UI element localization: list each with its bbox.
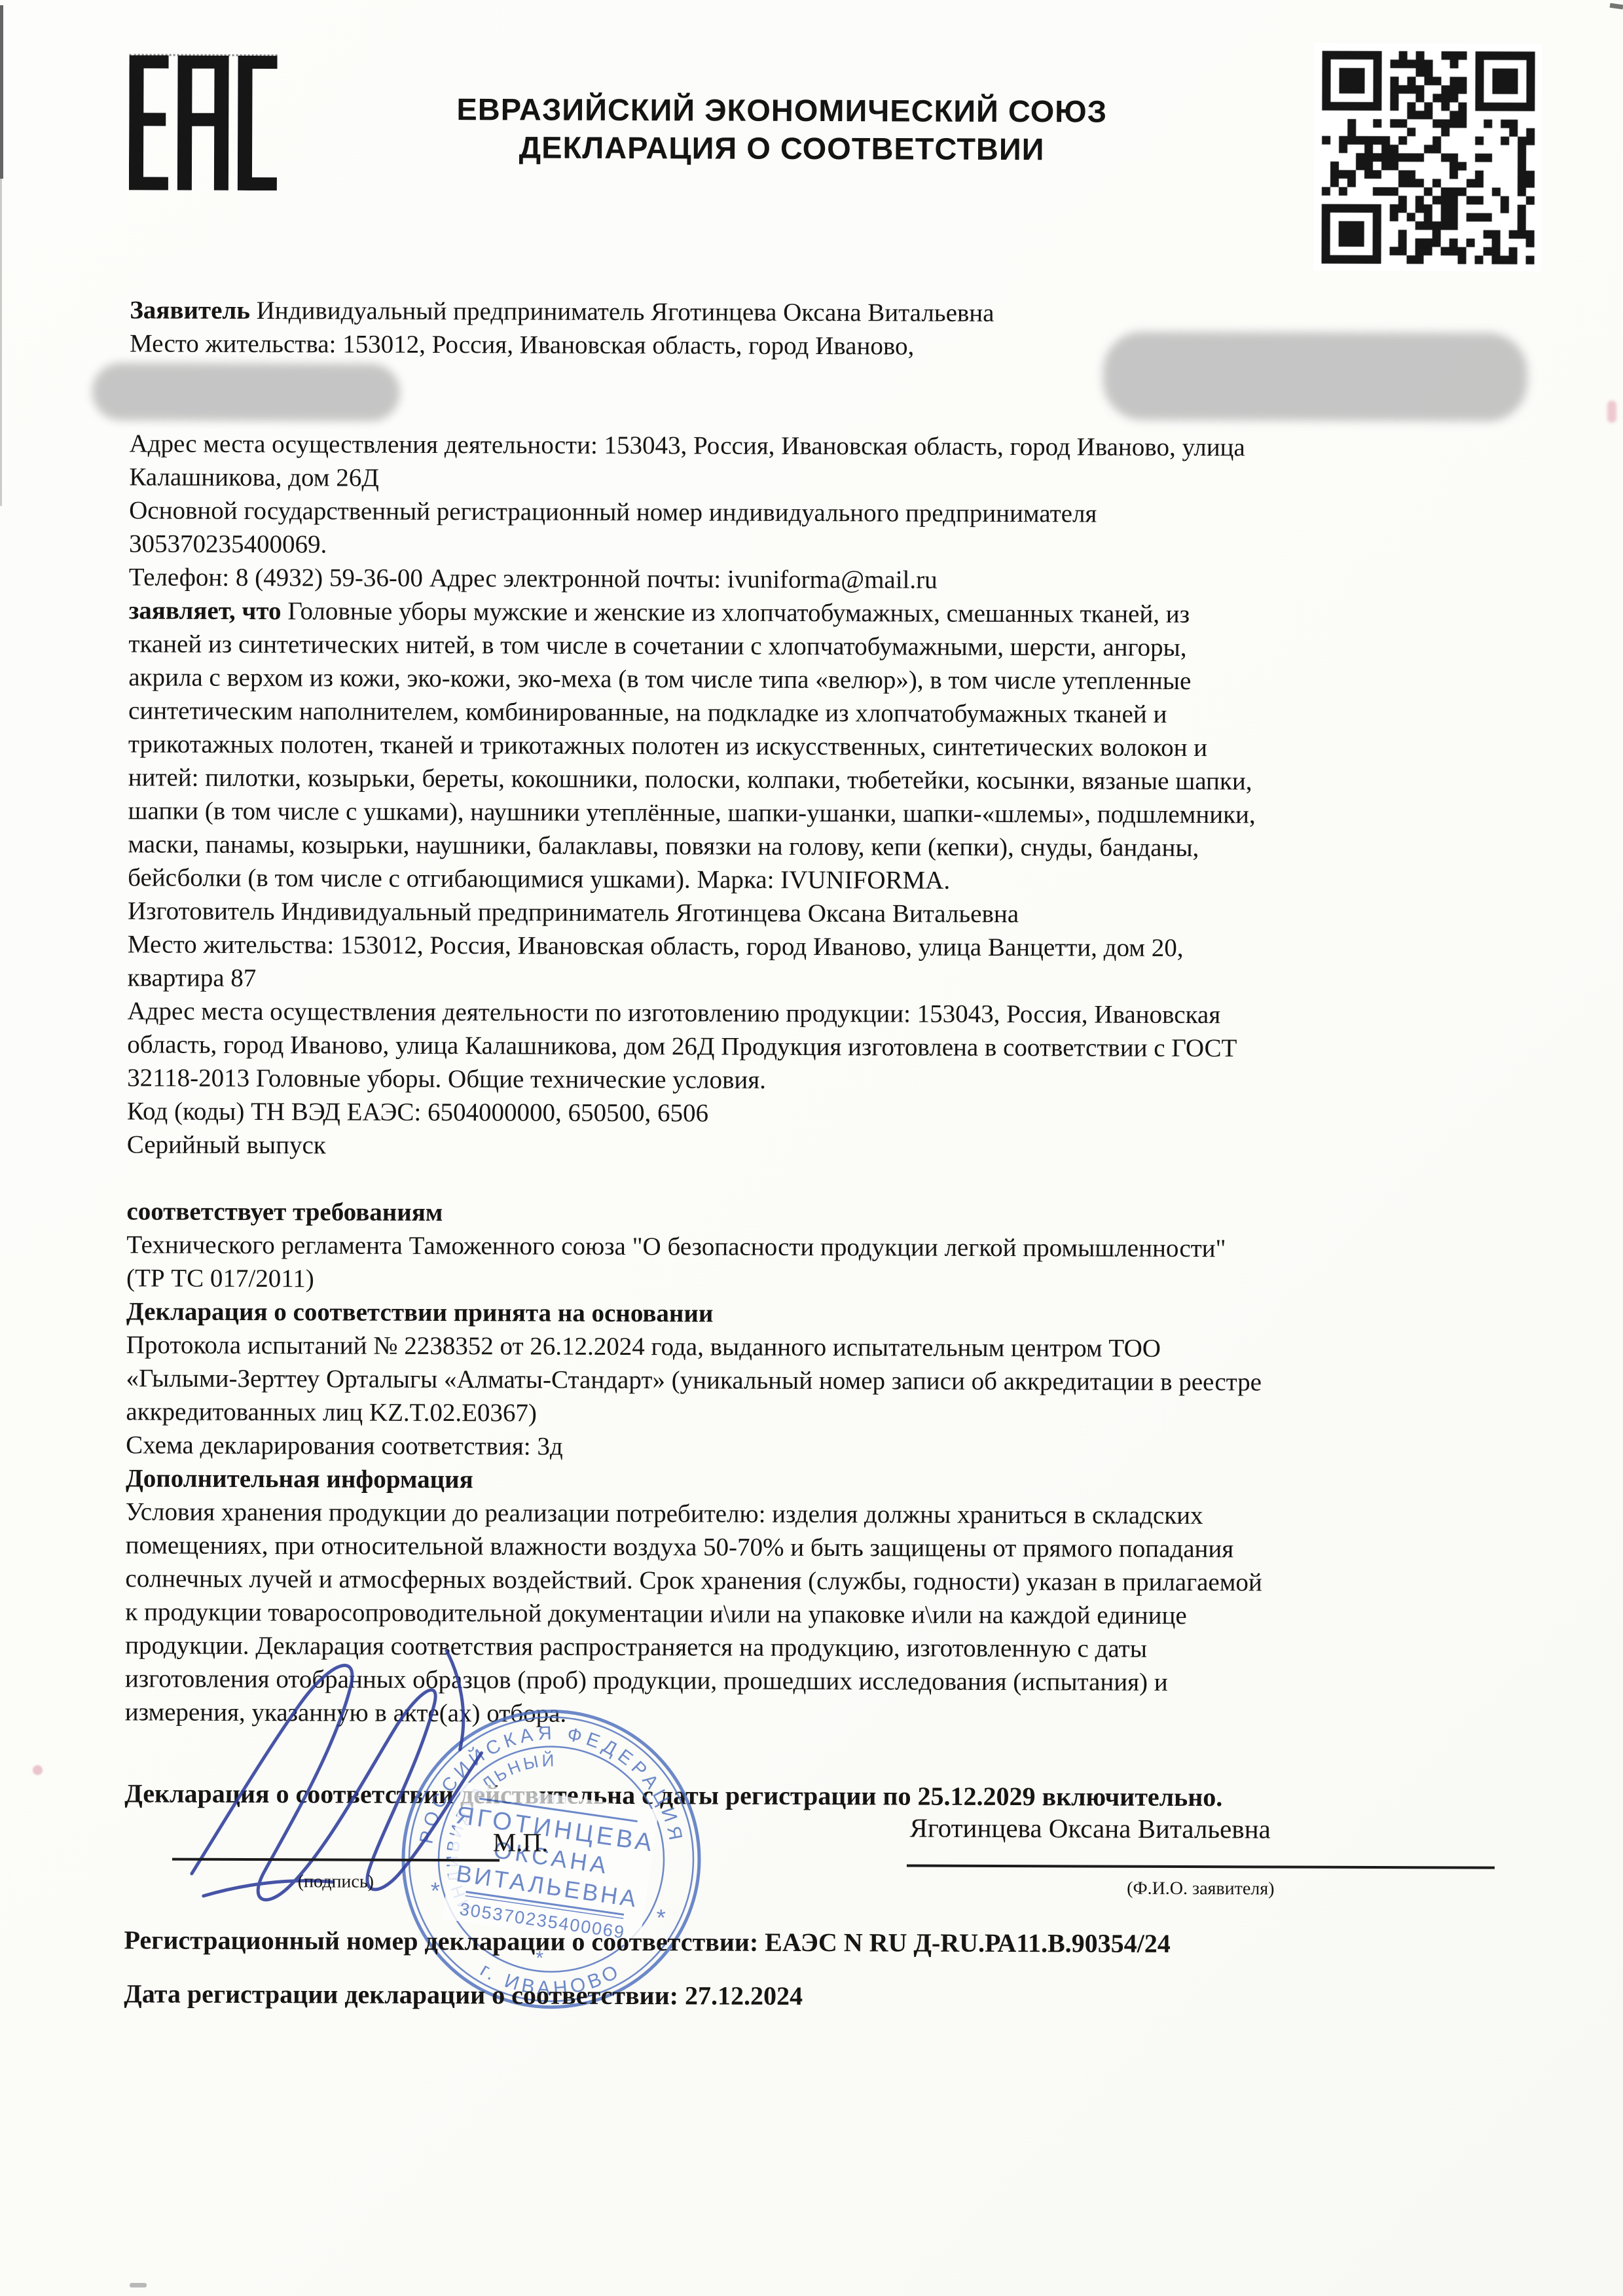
redaction-blob	[1103, 332, 1527, 422]
body-line: Код (коды) ТН ВЭД ЕАЭС: 6504000000, 6505…	[127, 1094, 1554, 1133]
body-line: Заявитель Индивидуальный предприниматель…	[130, 293, 1557, 332]
body-line: нитей: пилотки, козырьки, береты, кокошн…	[128, 761, 1556, 799]
document-title: ЕВРАЗИЙСКИЙ ЭКОНОМИЧЕСКИЙ СОЮЗ ДЕКЛАРАЦИ…	[343, 90, 1220, 169]
body-line: Серийный выпуск	[127, 1128, 1554, 1166]
fio-line	[907, 1865, 1495, 1869]
body-line: Изготовитель Индивидуальный предпринимат…	[128, 894, 1555, 933]
scanned-content: ЕВРАЗИЙСКИЙ ЭКОНОМИЧЕСКИЙ СОЮЗ ДЕКЛАРАЦИ…	[0, 0, 1623, 2296]
redaction-blob	[92, 363, 400, 422]
eac-logo	[129, 55, 278, 190]
body-line: синтетическим наполнителем, комбинирован…	[128, 694, 1556, 732]
body-line: Дополнительная информация	[126, 1462, 1553, 1500]
signature-caption: (подпись)	[172, 1871, 500, 1893]
body-line: 32118-2013 Головные уборы. Общие техниче…	[127, 1061, 1554, 1100]
title-line-2: ДЕКЛАРАЦИЯ О СООТВЕТСТВИИ	[343, 128, 1220, 169]
body-line: Место жительства: 153012, Россия, Иванов…	[128, 927, 1555, 966]
registration-date-line: Дата регистрации декларации о соответств…	[124, 1978, 803, 2011]
document-page: ЕВРАЗИЙСКИЙ ЭКОНОМИЧЕСКИЙ СОЮЗ ДЕКЛАРАЦИ…	[0, 0, 1623, 2296]
body-line: Адрес места осуществления деятельности п…	[127, 994, 1554, 1033]
body-line: Калашникова, дом 26Д	[129, 460, 1556, 499]
body-line: трикотажных полотен, тканей и трикотажны…	[128, 727, 1556, 766]
registration-number-line: Регистрационный номер декларации о соотв…	[124, 1924, 1170, 1959]
applicant-name: Яготинцева Оксана Витальевна	[848, 1812, 1332, 1845]
pink-smudge-artifact	[1607, 401, 1616, 423]
body-line: Схема декларирования соответствия: 3д	[126, 1428, 1553, 1467]
body-text: Заявитель Индивидуальный предприниматель…	[125, 293, 1558, 1734]
scan-edge-artifact	[0, 179, 2, 506]
title-line-1: ЕВРАЗИЙСКИЙ ЭКОНОМИЧЕСКИЙ СОЮЗ	[343, 90, 1220, 131]
body-line	[127, 1161, 1554, 1200]
fio-caption: (Ф.И.О. заявителя)	[907, 1878, 1495, 1901]
body-line: соответствует требованиям	[126, 1194, 1554, 1233]
body-line: Технического регламента Таможенного союз…	[126, 1228, 1554, 1266]
body-line: Протокола испытаний № 2238352 от 26.12.2…	[126, 1328, 1554, 1367]
pink-dot-artifact	[33, 1765, 43, 1775]
body-line: аккредитованных лиц KZ.T.02.E0367)	[126, 1395, 1553, 1433]
body-line: Условия хранения продукции до реализации…	[126, 1495, 1553, 1534]
body-line: Адрес места осуществления деятельности: …	[129, 427, 1556, 465]
scan-edge-artifact	[0, 5, 3, 179]
body-line: область, город Иваново, улица Калашников…	[127, 1028, 1554, 1066]
body-line: помещениях, при относительной влажности …	[126, 1528, 1553, 1567]
body-line: (ТР ТС 017/2011)	[126, 1261, 1554, 1300]
body-line: акрила с верхом из кожи, эко-кожи, эко-м…	[128, 660, 1556, 699]
qr-code-icon	[1313, 43, 1542, 272]
body-line: «Гылыми-Зерттеу Орталыгы «Алматы-Стандар…	[126, 1361, 1553, 1400]
mp-seal-label: М.П.	[455, 1827, 586, 1858]
body-line: солнечных лучей и атмосферных воздействи…	[125, 1562, 1552, 1600]
body-line: маски, панамы, козырьки, наушники, балак…	[128, 827, 1555, 866]
body-line: Телефон: 8 (4932) 59-36-00 Адрес электро…	[129, 560, 1556, 599]
body-line: шапки (в том числе с ушками), наушники у…	[128, 794, 1555, 833]
body-line: Декларация о соответствии принята на осн…	[126, 1295, 1554, 1333]
body-line: заявляет, что Головные уборы мужские и ж…	[129, 594, 1556, 632]
body-line: Основной государственный регистрационный…	[129, 493, 1556, 532]
body-line: тканей из синтетических нитей, в том чис…	[128, 627, 1556, 666]
body-line: квартира 87	[128, 961, 1555, 999]
body-line: 305370235400069.	[129, 527, 1556, 565]
signature-scribble	[166, 1613, 547, 1916]
body-line: бейсболки (в том числе с отгибающимися у…	[128, 861, 1555, 899]
scan-speck-artifact	[130, 2283, 147, 2287]
